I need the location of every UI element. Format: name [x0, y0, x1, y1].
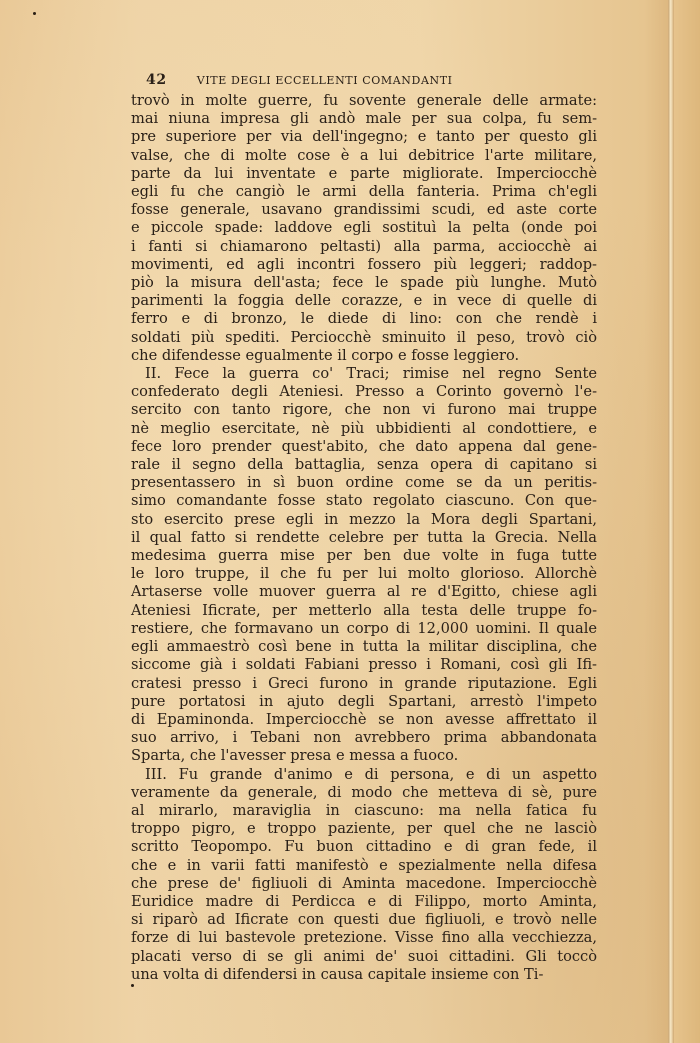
paragraph-first-line: III. Fu grande d'animo e di persona, e d… — [131, 766, 597, 784]
text-line: che difendesse egualmente il corpo e fos… — [131, 347, 597, 365]
next-page-edge — [674, 0, 700, 1043]
text-line: restiere, che formavano un corpo di 12,0… — [131, 620, 597, 638]
ink-speck — [33, 12, 36, 15]
text-line: pure portatosi in ajuto degli Spartani, … — [131, 693, 597, 711]
text-line: il qual fatto si rendette celebre per tu… — [131, 529, 597, 547]
text-line: nè meglio esercitate, nè più ubbidienti … — [131, 420, 597, 438]
text-line: si riparò ad Ificrate con questi due fig… — [131, 911, 597, 929]
text-line: ferro e di bronzo, le diede di lino: con… — [131, 310, 597, 328]
text-line: che e in varii fatti manifestò e spezial… — [131, 857, 597, 875]
text-line: egli fu che cangiò le armi della fanteri… — [131, 183, 597, 201]
text-line: e piccole spade: laddove egli sostituì l… — [131, 219, 597, 237]
text-line: veramente da generale, di modo che mette… — [131, 784, 597, 802]
text-line: le loro truppe, il che fu per lui molto … — [131, 565, 597, 583]
text-line: di Epaminonda. Imperciocchè se non avess… — [131, 711, 597, 729]
text-line: siccome già i soldati Fabiani presso i R… — [131, 656, 597, 674]
page-number: 42 — [146, 72, 167, 88]
text-line: trovò in molte guerre, fu sovente genera… — [131, 92, 597, 110]
running-title: VITE DEGLI ECCELLENTI COMANDANTI — [197, 74, 453, 87]
book-page: 42 VITE DEGLI ECCELLENTI COMANDANTI trov… — [0, 0, 700, 1043]
text-line: simo comandante fosse stato regolato cia… — [131, 492, 597, 510]
text-line: presentassero in sì buon ordine come se … — [131, 474, 597, 492]
text-line: cratesi presso i Greci furono in grande … — [131, 675, 597, 693]
text-line: forze di lui bastevole pretezione. Visse… — [131, 929, 597, 947]
text-line: mai niuna impresa gli andò male per sua … — [131, 110, 597, 128]
text-line: medesima guerra mise per ben due volte i… — [131, 547, 597, 565]
text-line: fosse generale, usavano grandissimi scud… — [131, 201, 597, 219]
text-line: sto esercito prese egli in mezzo la Mora… — [131, 511, 597, 529]
text-line: placati verso di se gli animi de' suoi c… — [131, 948, 597, 966]
text-line: al mirarlo, maraviglia in ciascuno: ma n… — [131, 802, 597, 820]
text-line: troppo pigro, e troppo paziente, per que… — [131, 820, 597, 838]
paragraph-first-line: II. Fece la guerra co' Traci; rimise nel… — [131, 365, 597, 383]
text-line: suo arrivo, i Tebani non avrebbero prima… — [131, 729, 597, 747]
page-fold — [668, 0, 674, 1043]
text-line: parte da lui inventate e parte migliorat… — [131, 165, 597, 183]
text-line: Euridice madre di Perdicca e di Filippo,… — [131, 893, 597, 911]
text-line: confederato degli Ateniesi. Presso a Cor… — [131, 383, 597, 401]
text-line: soldati più spediti. Perciocchè sminuito… — [131, 329, 597, 347]
text-line: egli ammaestrò così bene in tutta la mil… — [131, 638, 597, 656]
text-line: sercito con tanto rigore, che non vi fur… — [131, 401, 597, 419]
text-line: valse, che di molte cose è a lui debitri… — [131, 147, 597, 165]
text-line: movimenti, ed agli incontri fossero più … — [131, 256, 597, 274]
text-line: scritto Teopompo. Fu buon cittadino e di… — [131, 838, 597, 856]
body-text: trovò in molte guerre, fu sovente genera… — [131, 92, 597, 984]
ink-speck — [131, 984, 134, 987]
text-line: parimenti la foggia delle corazze, e in … — [131, 292, 597, 310]
text-line: piò la misura dell'asta; fece le spade p… — [131, 274, 597, 292]
text-line: Ateniesi Ificrate, per metterlo alla tes… — [131, 602, 597, 620]
text-line: Sparta, che l'avesser presa e messa a fu… — [131, 747, 597, 765]
text-line: che prese de' figliuoli di Aminta macedo… — [131, 875, 597, 893]
running-header: 42 VITE DEGLI ECCELLENTI COMANDANTI — [146, 72, 586, 88]
text-line: fece loro prender quest'abito, che dato … — [131, 438, 597, 456]
text-line: rale il segno della battaglia, senza ope… — [131, 456, 597, 474]
text-line: pre superiore per via dell'ingegno; e ta… — [131, 128, 597, 146]
text-line: una volta di difendersi in causa capital… — [131, 966, 597, 984]
text-line: Artaserse volle muover guerra al re d'Eg… — [131, 583, 597, 601]
text-line: i fanti si chiamarono peltasti) alla par… — [131, 238, 597, 256]
